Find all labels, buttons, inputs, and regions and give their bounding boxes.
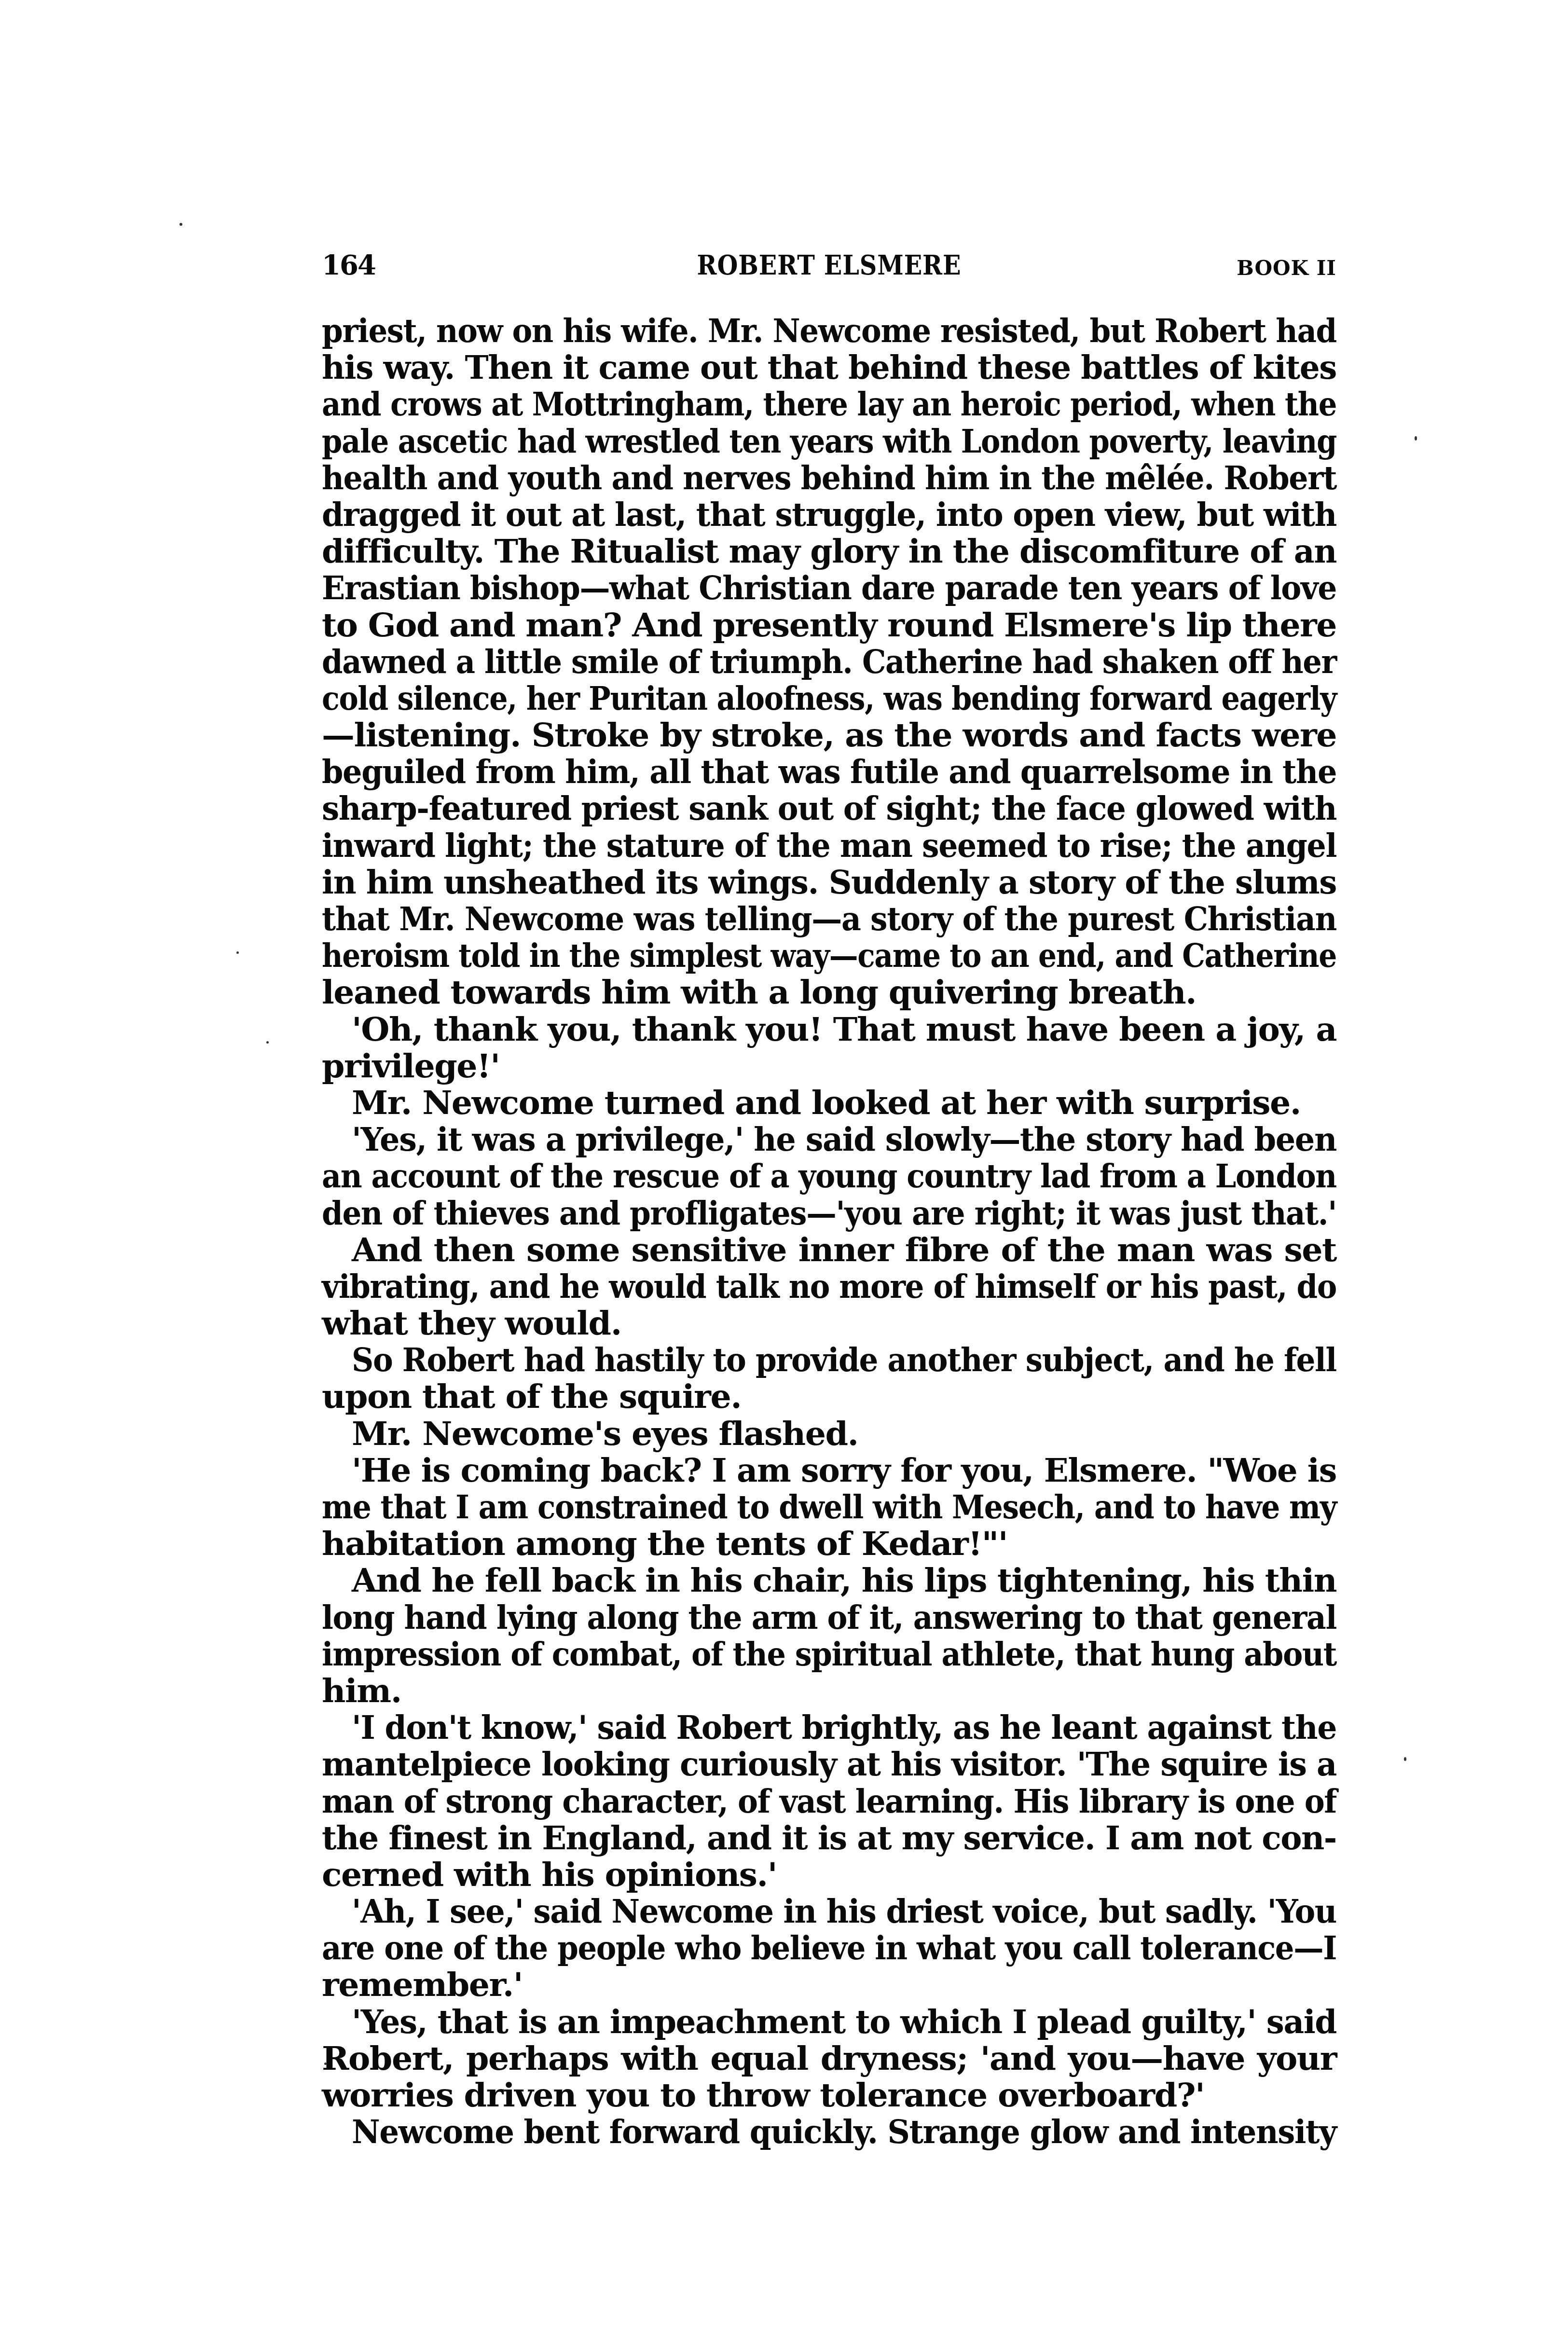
text-line: heroism told in the simplest way—came to…	[322, 937, 1336, 974]
text-line: leaned towards him with a long quivering…	[322, 974, 1336, 1011]
text-line: mantelpiece looking curiously at his vis…	[322, 1746, 1336, 1783]
text-line: an account of the rescue of a young coun…	[322, 1158, 1336, 1195]
text-line: privilege!'	[322, 1048, 1336, 1085]
text-line: impression of combat, of the spiritual a…	[322, 1636, 1336, 1673]
text-line: So Robert had hastily to provide another…	[322, 1342, 1336, 1378]
text-line: 'I don't know,' said Robert brightly, as…	[322, 1709, 1336, 1746]
text-line: dawned a little smile of triumph. Cather…	[322, 644, 1336, 680]
text-line: me that I am constrained to dwell with M…	[322, 1489, 1336, 1526]
text-line: difficulty. The Ritualist may glory in t…	[322, 533, 1336, 570]
scan-speck	[1415, 436, 1417, 440]
text-line: Mr. Newcome turned and looked at her wit…	[322, 1085, 1336, 1121]
book-label: BOOK II	[1237, 249, 1336, 288]
text-line: sharp-featured priest sank out of sight;…	[322, 790, 1336, 827]
text-line: 'Oh, thank you, thank you! That must hav…	[322, 1011, 1336, 1048]
text-line: inward light; the stature of the man see…	[322, 827, 1336, 864]
text-line: pale ascetic had wrestled ten years with…	[322, 423, 1336, 460]
text-line: And then some sensitive inner fibre of t…	[322, 1232, 1336, 1268]
text-line: his way. Then it came out that behind th…	[322, 349, 1336, 386]
text-line: —listening. Stroke by stroke, as the wor…	[322, 717, 1336, 754]
text-line: Robert, perhaps with equal dryness; 'and…	[322, 2040, 1336, 2077]
scan-speck	[324, 2063, 327, 2065]
text-line: dragged it out at last, that struggle, i…	[322, 496, 1336, 533]
text-line: long hand lying along the arm of it, ans…	[322, 1599, 1336, 1636]
page-number: 164	[322, 246, 375, 285]
scan-speck	[179, 223, 182, 226]
text-line: cold silence, her Puritan aloofness, was…	[322, 680, 1336, 717]
text-line: den of thieves and profligates—'you are …	[322, 1195, 1336, 1232]
scan-speck	[236, 951, 239, 954]
text-line: in him unsheathed its wings. Suddenly a …	[322, 864, 1336, 901]
text-line: And he fell back in his chair, his lips …	[322, 1562, 1336, 1599]
text-line: are one of the people who believe in wha…	[322, 1930, 1336, 1967]
text-line: Newcome bent forward quickly. Strange gl…	[322, 2114, 1336, 2150]
text-line: beguiled from him, all that was futile a…	[322, 754, 1336, 790]
text-line: 'He is coming back? I am sorry for you, …	[322, 1452, 1336, 1489]
text-line: worries driven you to throw tolerance ov…	[322, 2077, 1336, 2114]
text-line: health and youth and nerves behind him i…	[322, 460, 1336, 496]
text-line: 'Ah, I see,' said Newcome in his driest …	[322, 1893, 1336, 1930]
text-line: cerned with his opinions.'	[322, 1857, 1336, 1893]
text-line: 'Yes, it was a privilege,' he said slowl…	[322, 1121, 1336, 1158]
running-title: ROBERT ELSMERE	[383, 246, 1276, 285]
text-line: and crows at Mottringham, there lay an h…	[322, 386, 1336, 423]
text-line: Erastian bishop—what Christian dare para…	[322, 570, 1336, 606]
body-text: priest, now on his wife. Mr. Newcome res…	[322, 313, 1336, 2150]
text-line: to God and man? And presently round Elsm…	[322, 607, 1336, 644]
text-line: priest, now on his wife. Mr. Newcome res…	[322, 313, 1336, 349]
text-line: habitation among the tents of Kedar!"'	[322, 1526, 1336, 1562]
text-line: man of strong character, of vast learnin…	[322, 1783, 1336, 1820]
running-header: 164 ROBERT ELSMERE BOOK II	[322, 246, 1336, 285]
scan-speck	[1404, 1757, 1406, 1761]
text-line: vibrating, and he would talk no more of …	[322, 1268, 1336, 1305]
book-page: 164 ROBERT ELSMERE BOOK II priest, now o…	[0, 0, 1568, 2352]
text-line: the finest in England, and it is at my s…	[322, 1820, 1336, 1857]
text-line: what they would.	[322, 1305, 1336, 1342]
scan-speck	[266, 1041, 269, 1044]
text-line: remember.'	[322, 1967, 1336, 2003]
text-line: him.	[322, 1673, 1336, 1709]
text-line: 'Yes, that is an impeachment to which I …	[322, 2004, 1336, 2040]
text-line: upon that of the squire.	[322, 1378, 1336, 1415]
text-line: Mr. Newcome's eyes flashed.	[322, 1416, 1336, 1452]
text-line: that Mr. Newcome was telling—a story of …	[322, 901, 1336, 937]
